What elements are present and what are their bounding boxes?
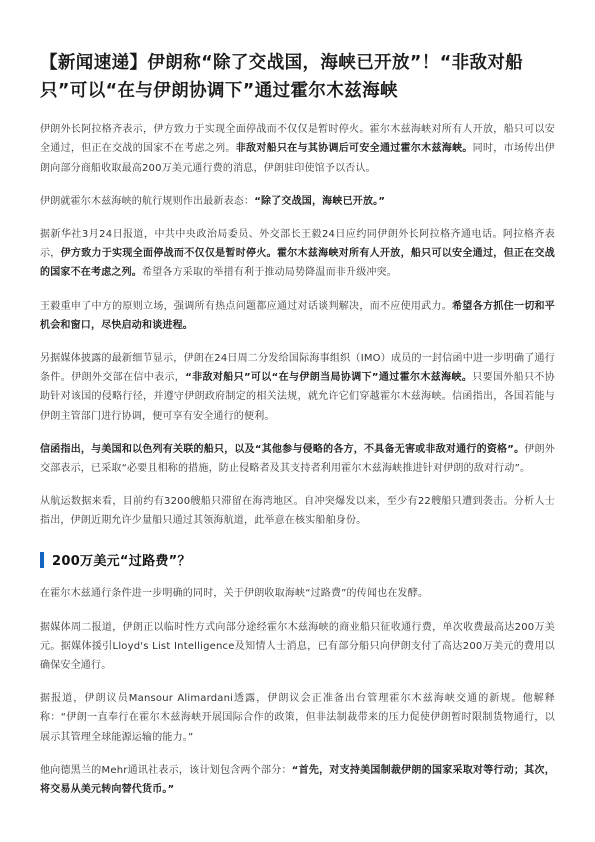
section-heading: 200万美元“过路费”？ xyxy=(40,550,555,569)
section-accent-bar xyxy=(40,552,44,568)
paragraph-text: 据媒体周二报道，伊朗正以临时性方式向部分途经霍尔木兹海峡的商业船只征收通行费，单… xyxy=(40,622,555,671)
paragraph-bold-text: 非敌对船只在与其协调后可安全通过霍尔木兹海峡。 xyxy=(236,143,473,154)
article-paragraph: 在霍尔木兹通行条件进一步明确的同时，关于伊朗收取海峡“过路费”的传闻也在发酵。 xyxy=(40,584,555,603)
paragraph-bold-text: “除了交战国，海峡已开放。” xyxy=(254,196,385,207)
article-paragraph: 信函指出，与美国和以色列有关联的船只，以及“其他参与侵略的各方，不具备无害或非敌… xyxy=(40,440,555,478)
paragraph-text: 据报道，伊朗议员Mansour Alimardani透露，伊朗议会正准备出台管理… xyxy=(40,693,555,742)
paragraph-bold-text: “非敌对船只”可以“在与伊朗当局协调下”通过霍尔木兹海峡。 xyxy=(185,372,472,383)
paragraph-text: 他向德黑兰的Mehr通讯社表示，该计划包含两个部分： xyxy=(40,765,292,776)
article-paragraph: 据报道，伊朗议员Mansour Alimardani透露，伊朗议会正准备出台管理… xyxy=(40,689,555,747)
article-title: 【新闻速递】伊朗称“除了交战国，海峡已开放”！“非敌对船只”可以“在与伊朗协调下… xyxy=(40,50,555,105)
paragraph-bold-text: 信函指出，与美国和以色列有关联的船只，以及“其他参与侵略的各方，不具备无害或非敌… xyxy=(40,444,524,455)
article-paragraph: 王毅重申了中方的原则立场，强调所有热点问题都应通过对话谈判解决，而不应使用武力。… xyxy=(40,297,555,335)
article-paragraph: 据媒体周二报道，伊朗正以临时性方式向部分途经霍尔木兹海峡的商业船只征收通行费，单… xyxy=(40,618,555,676)
document-page: 【新闻速递】伊朗称“除了交战国，海峡已开放”！“非敌对船只”可以“在与伊朗协调下… xyxy=(0,0,595,842)
article-paragraph: 另据媒体披露的最新细节显示，伊朗在24日周二分发给国际海事组织（IMO）成员的一… xyxy=(40,349,555,426)
paragraph-text: 希望各方采取的举措有利于推动局势降温而非升级冲突。 xyxy=(142,267,397,278)
article-paragraph: 从航运数据来看，目前约有3200艘船只滞留在海湾地区。自冲突爆发以来，至少有22… xyxy=(40,492,555,530)
article-paragraph: 他向德黑兰的Mehr通讯社表示，该计划包含两个部分：“首先，对支持美国制裁伊朗的… xyxy=(40,761,555,799)
article-paragraph: 伊朗外长阿拉格齐表示，伊方致力于实现全面停战而不仅仅是暂时停火。霍尔木兹海峡对所… xyxy=(40,120,555,178)
section-heading-text: 200万美元“过路费”？ xyxy=(52,550,191,569)
article-paragraph: 据新华社3月24日报道，中共中央政治局委员、外交部长王毅24日应约同伊朗外长阿拉… xyxy=(40,225,555,283)
paragraph-text: 从航运数据来看，目前约有3200艘船只滞留在海湾地区。自冲突爆发以来，至少有22… xyxy=(40,496,555,526)
paragraph-text: 王毅重申了中方的原则立场，强调所有热点问题都应通过对话谈判解决，而不应使用武力。 xyxy=(40,301,452,312)
paragraph-text: 在霍尔木兹通行条件进一步明确的同时，关于伊朗收取海峡“过路费”的传闻也在发酵。 xyxy=(40,588,428,599)
paragraph-text: 伊朗就霍尔木兹海峡的航行规则作出最新表态： xyxy=(40,196,254,207)
article-paragraph: 伊朗就霍尔木兹海峡的航行规则作出最新表态：“除了交战国，海峡已开放。” xyxy=(40,192,555,211)
